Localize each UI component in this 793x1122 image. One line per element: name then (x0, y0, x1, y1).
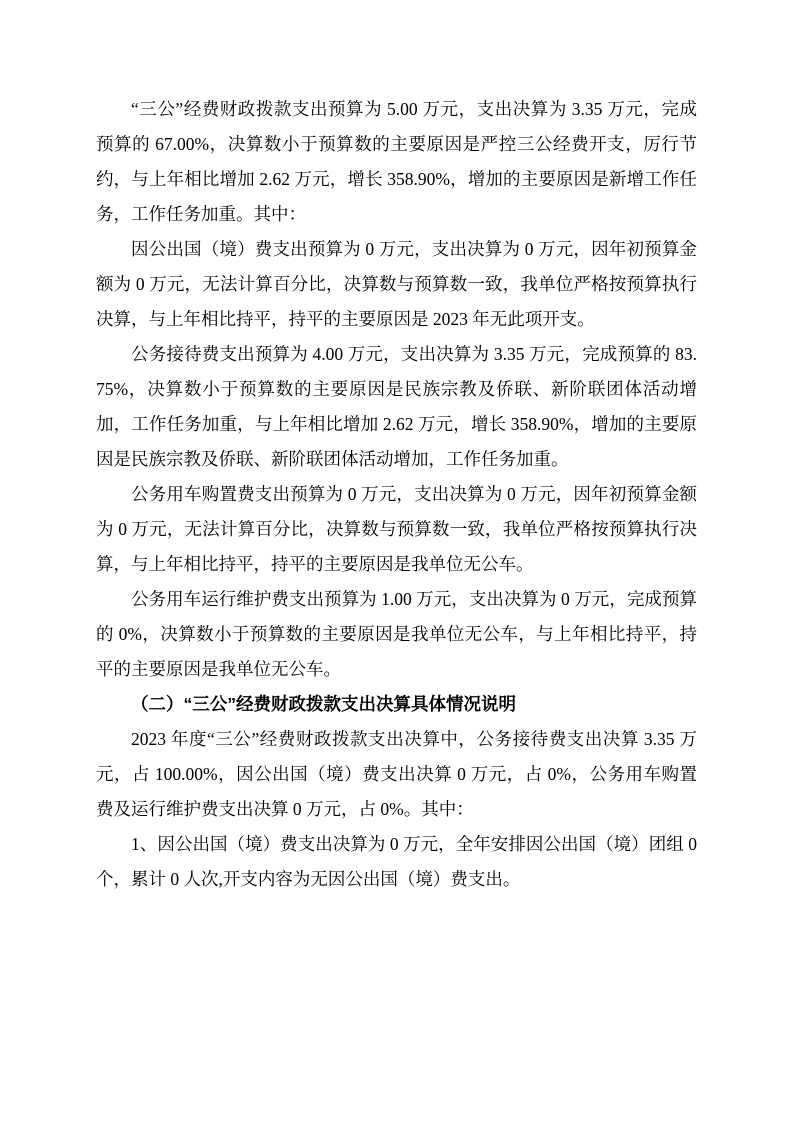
paragraph-vehicle-purchase-budget: 公务用车购置费支出预算为 0 万元，支出决算为 0 万元，因年初预算金额为 0 … (96, 477, 697, 582)
paragraph-2023-final-accounts-composition: 2023 年度“三公”经费财政拨款支出决算中，公务接待费支出决算 3.35 万元… (96, 722, 697, 827)
paragraph-abroad-expense-budget: 因公出国（境）费支出预算为 0 万元，支出决算为 0 万元，因年初预算金额为 0… (96, 232, 697, 337)
document-page: “三公”经费财政拨款支出预算为 5.00 万元，支出决算为 3.35 万元，完成… (0, 0, 793, 1122)
paragraph-item1-abroad-expense-detail: 1、因公出国（境）费支出决算为 0 万元，全年安排因公出国（境）团组 0 个，累… (96, 827, 697, 897)
section-heading-sangong-final-accounts-detail: （二）“三公”经费财政拨款支出决算具体情况说明 (96, 687, 697, 722)
paragraph-vehicle-maintenance-budget: 公务用车运行维护费支出预算为 1.00 万元，支出决算为 0 万元，完成预算的 … (96, 582, 697, 687)
paragraph-official-reception-budget: 公务接待费支出预算为 4.00 万元，支出决算为 3.35 万元，完成预算的 8… (96, 337, 697, 477)
paragraph-sangong-budget-summary: “三公”经费财政拨款支出预算为 5.00 万元，支出决算为 3.35 万元，完成… (96, 92, 697, 232)
